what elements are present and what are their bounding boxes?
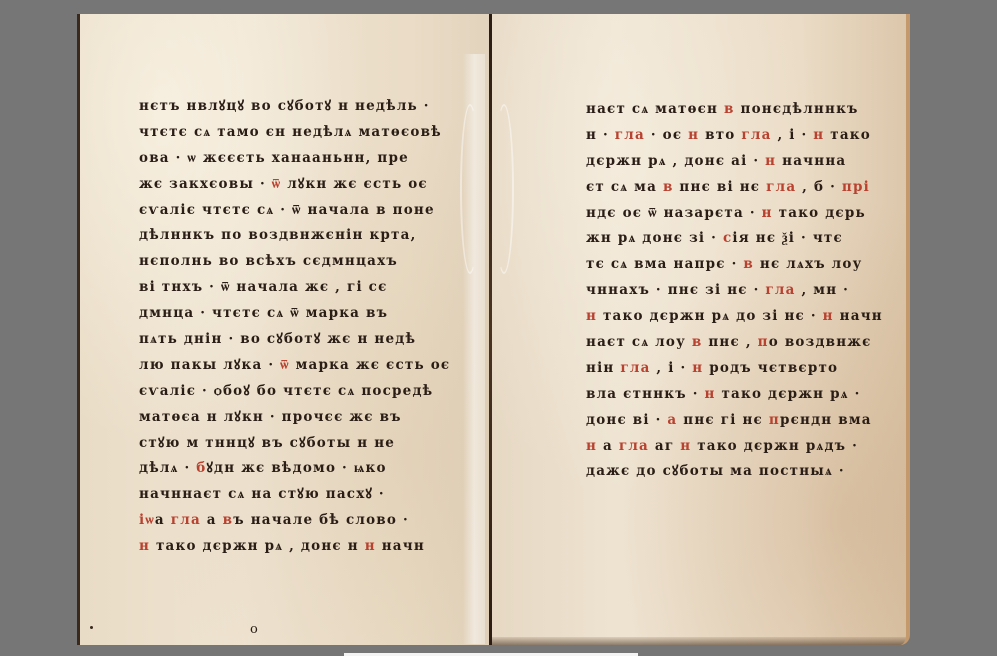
body-text: тє сѧ вма напрє · bbox=[586, 256, 743, 272]
rubric-text: п bbox=[769, 412, 780, 428]
body-text: дмнца · чтєтє сѧ ѿ марка въ bbox=[139, 305, 388, 321]
body-text: чннахъ · пнє зі нє · bbox=[586, 282, 765, 298]
manuscript-line: пѧть днін · во сꙋботꙋ жє н недѣ bbox=[139, 327, 450, 353]
rubric-text: а bbox=[667, 412, 677, 428]
right-page: наєт сѧ матѳєн в понєдѣлннкън · гла · оє… bbox=[491, 14, 910, 645]
rubric-text: н bbox=[813, 127, 824, 143]
body-text: а bbox=[201, 512, 223, 528]
manuscript-viewer: нєтъ нвлꙋцꙋ во сꙋботꙋ н недѣль ·чтєтє сѧ… bbox=[0, 0, 997, 656]
rubric-text: н bbox=[692, 360, 703, 376]
body-text: жн рѧ донє зі · bbox=[586, 230, 723, 246]
body-text: єт сѧ ма bbox=[586, 179, 663, 195]
rubric-text: іѡ bbox=[139, 512, 155, 528]
body-text: ндє оє ѿ назарєта · bbox=[586, 205, 762, 221]
rubric-text: н bbox=[823, 308, 834, 324]
manuscript-line: дмнца · чтєтє сѧ ѿ марка въ bbox=[139, 301, 450, 327]
body-text: начнна bbox=[776, 153, 846, 169]
body-text: наєт сѧ матѳєн bbox=[586, 101, 724, 117]
body-text: ві тнхъ · ѿ начала жє , гі сє bbox=[139, 279, 388, 295]
manuscript-line: ова · ѡ жєєєть ханааньнн, пре bbox=[139, 146, 450, 172]
body-text: жє закхєовы · bbox=[139, 176, 272, 192]
body-text: пнє гі нє bbox=[677, 412, 768, 428]
body-text: пѧть днін · во сꙋботꙋ жє н недѣ bbox=[139, 331, 416, 347]
body-text: ія нє ѯі · чтє bbox=[732, 230, 843, 246]
body-text: єѵаліє · ѻбоꙋ бо чтєтє сѧ посредѣ bbox=[139, 383, 433, 399]
rubric-text: б bbox=[196, 460, 206, 476]
manuscript-line: ві тнхъ · ѿ начала жє , гі сє bbox=[139, 275, 450, 301]
body-text: начн bbox=[834, 308, 883, 324]
binding-crease-right bbox=[494, 104, 514, 274]
body-text: , і · bbox=[772, 127, 814, 143]
body-text: стꙋю м тннцꙋ въ сꙋботы н не bbox=[139, 435, 395, 451]
manuscript-line: н тако дєржн рѧ до зі нє · н начн bbox=[586, 304, 883, 330]
manuscript-line: начннаєт сѧ на стꙋю пасхꙋ · bbox=[139, 482, 450, 508]
body-text: марка жє єсть оє bbox=[290, 357, 451, 373]
body-text: тако дєржн рѧ · bbox=[716, 386, 861, 402]
rubric-text: н bbox=[586, 438, 597, 454]
manuscript-line: лю пакы лꙋка · ѿ марка жє єсть оє bbox=[139, 353, 450, 379]
manuscript-line: іѡа гла а въ начале бѣ слово · bbox=[139, 508, 450, 534]
body-text: вла єтннкъ · bbox=[586, 386, 705, 402]
body-text: аг bbox=[649, 438, 680, 454]
manuscript-line: стꙋю м тннцꙋ въ сꙋботы н не bbox=[139, 431, 450, 457]
body-text: понєдѣлннкъ bbox=[735, 101, 859, 117]
manuscript-line: матѳєа н лꙋкн · прочєє жє въ bbox=[139, 405, 450, 431]
body-text: чтєтє сѧ тамо єн недѣлѧ матѳєовѣ bbox=[139, 124, 442, 140]
manuscript-line: дажє до сꙋботы ма постныѧ · bbox=[586, 459, 883, 485]
body-text: ъ начале бѣ слово · bbox=[233, 512, 409, 528]
manuscript-line: жє закхєовы · ѿ лꙋкн жє єсть оє bbox=[139, 172, 450, 198]
rubric-text: в bbox=[692, 334, 703, 350]
manuscript-line: вла єтннкъ · н тако дєржн рѧ · bbox=[586, 382, 883, 408]
manuscript-line: єт сѧ ма в пнє ві нє гла , б · прі bbox=[586, 175, 883, 201]
rubric-text: ѿ bbox=[272, 176, 282, 192]
body-text: дѣлѧ · bbox=[139, 460, 196, 476]
body-text: а bbox=[597, 438, 619, 454]
rubric-text: прі bbox=[842, 179, 870, 195]
body-text: нін bbox=[586, 360, 620, 376]
manuscript-line: жн рѧ донє зі · сія нє ѯі · чтє bbox=[586, 226, 883, 252]
body-text: дєржн рѧ , донє аі · bbox=[586, 153, 765, 169]
rubric-text: н bbox=[139, 538, 150, 554]
body-text: дѣлннкъ по воздвнжєнін крта, bbox=[139, 227, 416, 243]
rubric-text: н bbox=[762, 205, 773, 221]
left-page: нєтъ нвлꙋцꙋ во сꙋботꙋ н недѣль ·чтєтє сѧ… bbox=[77, 14, 491, 645]
manuscript-line: єѵаліє · ѻбоꙋ бо чтєтє сѧ посредѣ bbox=[139, 379, 450, 405]
body-text: ꙋдн жє вѣдомо · ѩко bbox=[206, 460, 386, 476]
manuscript-line: нєполнь во всѣхъ сєдмнцахъ bbox=[139, 249, 450, 275]
body-text: ова · ѡ жєєєть ханааньнн, пре bbox=[139, 150, 409, 166]
rubric-text: гла bbox=[765, 282, 795, 298]
rubric-text: гла bbox=[741, 127, 771, 143]
manuscript-line: єѵаліє чтєтє сѧ · ѿ начала в поне bbox=[139, 198, 450, 224]
body-text: лю пакы лꙋка · bbox=[139, 357, 280, 373]
body-text: пнє ві нє bbox=[674, 179, 767, 195]
body-text: нєтъ нвлꙋцꙋ во сꙋботꙋ н недѣль · bbox=[139, 98, 430, 114]
rubric-text: н bbox=[680, 438, 691, 454]
manuscript-line: чннахъ · пнє зі нє · гла , мн · bbox=[586, 278, 883, 304]
body-text: о воздвнжє bbox=[769, 334, 872, 350]
body-text: донє ві · bbox=[586, 412, 667, 428]
rubric-text: гла bbox=[620, 360, 650, 376]
rubric-text: н bbox=[765, 153, 776, 169]
manuscript-line: дѣлѧ · бꙋдн жє вѣдомо · ѩко bbox=[139, 456, 450, 482]
manuscript-line: наєт сѧ матѳєн в понєдѣлннкъ bbox=[586, 97, 883, 123]
rubric-text: в bbox=[223, 512, 234, 528]
body-text: начн bbox=[376, 538, 425, 554]
manuscript-line: наєт сѧ лоу в пнє , по воздвнжє bbox=[586, 330, 883, 356]
rubric-text: в bbox=[724, 101, 735, 117]
rubric-text: с bbox=[723, 230, 732, 246]
manuscript-line: тє сѧ вма напрє · в нє лѧхъ лоу bbox=[586, 252, 883, 278]
manuscript-line: нєтъ нвлꙋцꙋ во сꙋботꙋ н недѣль · bbox=[139, 94, 450, 120]
rubric-text: в bbox=[743, 256, 754, 272]
body-text: · оє bbox=[645, 127, 688, 143]
rubric-text: н bbox=[586, 308, 597, 324]
rubric-text: гла bbox=[171, 512, 201, 528]
body-text: наєт сѧ лоу bbox=[586, 334, 692, 350]
body-text: начннаєт сѧ на стꙋю пасхꙋ · bbox=[139, 486, 385, 502]
body-text: тако дєржн рѧдъ · bbox=[691, 438, 858, 454]
folio-mark: o bbox=[250, 622, 258, 637]
body-text: нє лѧхъ лоу bbox=[754, 256, 862, 272]
right-page-text: наєт сѧ матѳєн в понєдѣлннкън · гла · оє… bbox=[586, 97, 883, 485]
body-text: рєндн вма bbox=[780, 412, 872, 428]
rubric-text: н bbox=[365, 538, 376, 554]
body-text: , б · bbox=[796, 179, 842, 195]
manuscript-line: дєржн рѧ , донє аі · н начнна bbox=[586, 149, 883, 175]
manuscript-line: дѣлннкъ по воздвнжєнін крта, bbox=[139, 223, 450, 249]
body-text: , і · bbox=[651, 360, 693, 376]
rubric-text: гла bbox=[766, 179, 796, 195]
rubric-text: в bbox=[663, 179, 674, 195]
rubric-text: гла bbox=[619, 438, 649, 454]
book-spine-gutter bbox=[489, 14, 492, 645]
rubric-text: ѿ bbox=[280, 357, 290, 373]
body-text: тако дєржн рѧ , донє н bbox=[150, 538, 365, 554]
body-text: тако дєржн рѧ до зі нє · bbox=[597, 308, 823, 324]
manuscript-line: донє ві · а пнє гі нє прєндн вма bbox=[586, 408, 883, 434]
body-text: лꙋкн жє єсть оє bbox=[281, 176, 428, 192]
left-page-text: нєтъ нвлꙋцꙋ во сꙋботꙋ н недѣль ·чтєтє сѧ… bbox=[139, 94, 450, 560]
body-text: нєполнь во всѣхъ сєдмнцахъ bbox=[139, 253, 398, 269]
rubric-text: гла bbox=[615, 127, 645, 143]
body-text: дажє до сꙋботы ма постныѧ · bbox=[586, 463, 845, 479]
body-text: тако дєрь bbox=[773, 205, 866, 221]
two-page-spread[interactable]: нєтъ нвлꙋцꙋ во сꙋботꙋ н недѣль ·чтєтє сѧ… bbox=[77, 14, 910, 645]
rubric-text: п bbox=[758, 334, 769, 350]
body-text: матѳєа н лꙋкн · прочєє жє въ bbox=[139, 409, 402, 425]
body-text: тако bbox=[824, 127, 871, 143]
manuscript-line: нін гла , і · н родъ чєтвєрто bbox=[586, 356, 883, 382]
rubric-text: н bbox=[688, 127, 699, 143]
manuscript-line: н · гла · оє н вто гла , і · н тако bbox=[586, 123, 883, 149]
body-text: родъ чєтвєрто bbox=[703, 360, 838, 376]
manuscript-line: ндє оє ѿ назарєта · н тако дєрь bbox=[586, 201, 883, 227]
body-text: єѵаліє чтєтє сѧ · ѿ начала в поне bbox=[139, 202, 435, 218]
body-text: н · bbox=[586, 127, 615, 143]
ink-spot bbox=[90, 626, 93, 629]
rubric-text: н bbox=[705, 386, 716, 402]
body-text: вто bbox=[699, 127, 741, 143]
body-text: , мн · bbox=[796, 282, 850, 298]
manuscript-line: н а гла аг н тако дєржн рѧдъ · bbox=[586, 434, 883, 460]
manuscript-line: н тако дєржн рѧ , донє н н начн bbox=[139, 534, 450, 560]
binding-crease-left bbox=[460, 104, 480, 274]
body-text: пнє , bbox=[702, 334, 757, 350]
manuscript-line: чтєтє сѧ тамо єн недѣлѧ матѳєовѣ bbox=[139, 120, 450, 146]
body-text: а bbox=[155, 512, 171, 528]
